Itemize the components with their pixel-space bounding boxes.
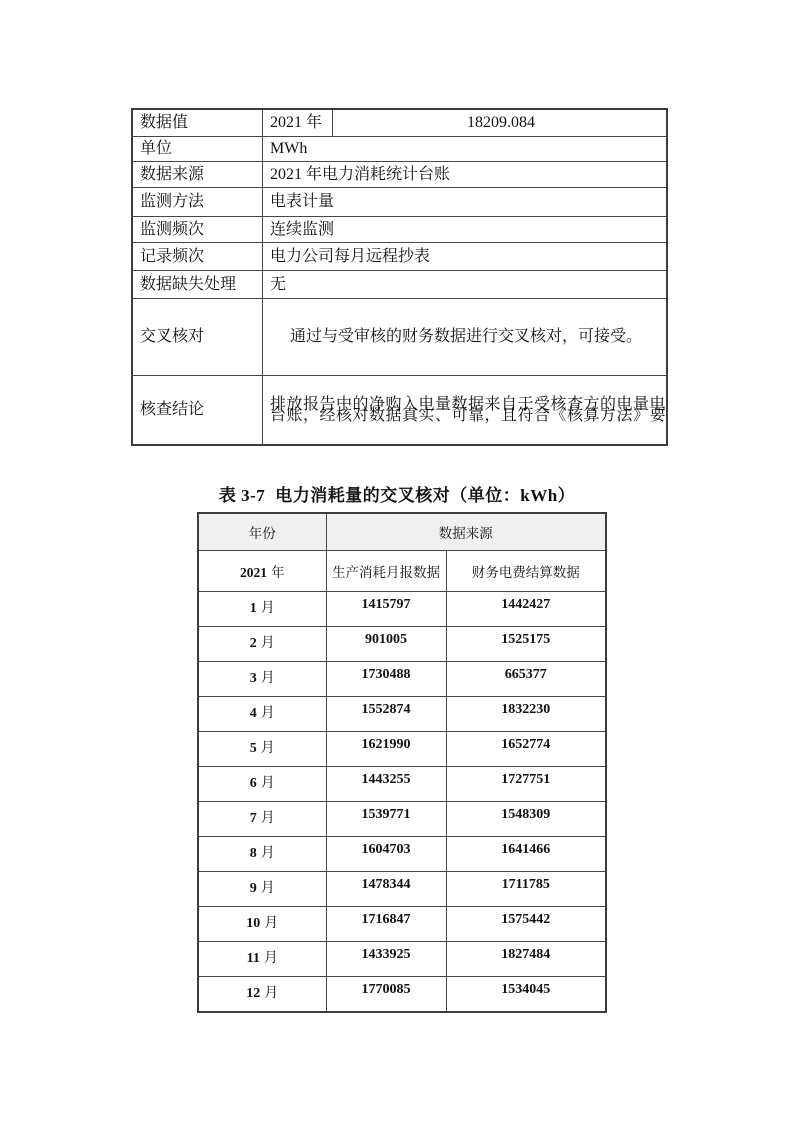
production-value: 1770085 <box>326 977 446 1013</box>
production-value: 1716847 <box>326 907 446 942</box>
table-row: 8月 1604703 1641466 <box>198 837 606 872</box>
month-cell: 11月 <box>198 942 326 977</box>
table-row: 2月 901005 1525175 <box>198 627 606 662</box>
column-header-source-group: 数据来源 <box>326 513 606 551</box>
month-number: 12 <box>246 986 260 1001</box>
finance-value: 1442427 <box>446 592 606 627</box>
finance-value: 665377 <box>446 662 606 697</box>
finance-value: 1641466 <box>446 837 606 872</box>
month-unit: 月 <box>264 916 278 931</box>
column-header-year: 年份 <box>198 513 326 551</box>
month-number: 10 <box>246 916 260 931</box>
row-label: 记录频次 <box>132 243 263 271</box>
table-row: 4月 1552874 1832230 <box>198 697 606 732</box>
finance-value: 1548309 <box>446 802 606 837</box>
month-number: 4 <box>250 706 257 721</box>
table-row: 5月 1621990 1652774 <box>198 732 606 767</box>
month-cell: 5月 <box>198 732 326 767</box>
month-cell: 4月 <box>198 697 326 732</box>
caption-number: 表 3-7 <box>219 486 265 505</box>
month-cell: 9月 <box>198 872 326 907</box>
finance-value: 1827484 <box>446 942 606 977</box>
row-label: 数据值 <box>132 109 263 137</box>
month-cell: 12月 <box>198 977 326 1013</box>
table-row: 监测频次 连续监测 <box>132 217 667 243</box>
production-value: 1604703 <box>326 837 446 872</box>
month-number: 6 <box>250 776 257 791</box>
year-number: 2021 <box>240 565 267 580</box>
month-number: 8 <box>250 846 257 861</box>
cross-check-table: 年份 数据来源 2021年 生产消耗月报数据 财务电费结算数据 1月 14157… <box>197 512 607 1013</box>
table-header-row: 年份 数据来源 <box>198 513 606 551</box>
month-cell: 7月 <box>198 802 326 837</box>
table-row: 记录频次 电力公司每月远程抄表 <box>132 243 667 271</box>
row-label: 数据缺失处理 <box>132 271 263 299</box>
row-label: 单位 <box>132 137 263 162</box>
month-cell: 8月 <box>198 837 326 872</box>
row-label: 核查结论 <box>132 376 263 446</box>
production-value: 1415797 <box>326 592 446 627</box>
caption-title: 电力消耗量的交叉核对（单位：kWh） <box>275 486 575 505</box>
row-value: 2021 年电力消耗统计台账 <box>263 162 668 188</box>
row-label: 监测方法 <box>132 188 263 217</box>
production-value: 1539771 <box>326 802 446 837</box>
month-cell: 6月 <box>198 767 326 802</box>
row-label: 数据来源 <box>132 162 263 188</box>
column-header-finance: 财务电费结算数据 <box>446 551 606 592</box>
table-subheader-row: 2021年 生产消耗月报数据 财务电费结算数据 <box>198 551 606 592</box>
month-unit: 月 <box>264 951 278 966</box>
production-value: 1552874 <box>326 697 446 732</box>
month-number: 7 <box>250 811 257 826</box>
year-unit: 年 <box>271 565 285 580</box>
year-cell: 2021年 <box>198 551 326 592</box>
month-number: 2 <box>250 636 257 651</box>
finance-value: 1652774 <box>446 732 606 767</box>
table-row: 核查结论 排放报告中的净购入电量数据来自于受核查方的电量电费 台账，经核对数据真… <box>132 376 667 446</box>
month-unit: 月 <box>261 776 275 791</box>
table-row: 单位 MWh <box>132 137 667 162</box>
finance-value: 1575442 <box>446 907 606 942</box>
conclusion-line: 台账，经核对数据真实、可靠，且符合《核算方法》要求。 <box>270 410 662 421</box>
row-value: 无 <box>263 271 668 299</box>
table-row: 监测方法 电表计量 <box>132 188 667 217</box>
month-number: 1 <box>250 601 257 616</box>
row-value: MWh <box>263 137 668 162</box>
data-value-cell: 18209.084 <box>333 109 668 137</box>
data-year-cell: 2021 年 <box>263 109 333 137</box>
month-unit: 月 <box>261 811 275 826</box>
finance-value: 1525175 <box>446 627 606 662</box>
month-number: 9 <box>250 881 257 896</box>
month-unit: 月 <box>261 636 275 651</box>
table-row: 数据缺失处理 无 <box>132 271 667 299</box>
row-value: 电表计量 <box>263 188 668 217</box>
table-row: 6月 1443255 1727751 <box>198 767 606 802</box>
table-row: 11月 1433925 1827484 <box>198 942 606 977</box>
table-row: 12月 1770085 1534045 <box>198 977 606 1013</box>
table-row: 数据来源 2021 年电力消耗统计台账 <box>132 162 667 188</box>
table-row: 9月 1478344 1711785 <box>198 872 606 907</box>
row-label: 交叉核对 <box>132 299 263 376</box>
table-row: 7月 1539771 1548309 <box>198 802 606 837</box>
table-caption: 表 3-7电力消耗量的交叉核对（单位：kWh） <box>0 481 794 506</box>
row-label: 监测频次 <box>132 217 263 243</box>
finance-value: 1534045 <box>446 977 606 1013</box>
row-value: 连续监测 <box>263 217 668 243</box>
production-value: 1621990 <box>326 732 446 767</box>
row-value: 排放报告中的净购入电量数据来自于受核查方的电量电费 台账，经核对数据真实、可靠，… <box>263 376 668 446</box>
month-unit: 月 <box>261 741 275 756</box>
month-cell: 10月 <box>198 907 326 942</box>
table-row: 数据值 2021 年 18209.084 <box>132 109 667 137</box>
table-row: 1月 1415797 1442427 <box>198 592 606 627</box>
month-unit: 月 <box>261 881 275 896</box>
table-row: 10月 1716847 1575442 <box>198 907 606 942</box>
month-cell: 3月 <box>198 662 326 697</box>
month-number: 5 <box>250 741 257 756</box>
finance-value: 1711785 <box>446 872 606 907</box>
month-number: 11 <box>247 951 260 966</box>
production-value: 1443255 <box>326 767 446 802</box>
month-cell: 1月 <box>198 592 326 627</box>
month-unit: 月 <box>264 986 278 1001</box>
production-value: 1433925 <box>326 942 446 977</box>
row-value: 电力公司每月远程抄表 <box>263 243 668 271</box>
production-value: 1478344 <box>326 872 446 907</box>
production-value: 901005 <box>326 627 446 662</box>
finance-value: 1727751 <box>446 767 606 802</box>
production-value: 1730488 <box>326 662 446 697</box>
month-unit: 月 <box>261 671 275 686</box>
month-unit: 月 <box>261 601 275 616</box>
finance-value: 1832230 <box>446 697 606 732</box>
month-unit: 月 <box>261 846 275 861</box>
document-page: { "colors": { "page_bg": "#ffffff", "tab… <box>0 0 794 1123</box>
month-cell: 2月 <box>198 627 326 662</box>
column-header-production: 生产消耗月报数据 <box>326 551 446 592</box>
monitoring-info-table: 数据值 2021 年 18209.084 单位 MWh 数据来源 2021 年电… <box>131 108 668 446</box>
table-row: 交叉核对 通过与受审核的财务数据进行交叉核对，可接受。 <box>132 299 667 376</box>
table-row: 3月 1730488 665377 <box>198 662 606 697</box>
row-value: 通过与受审核的财务数据进行交叉核对，可接受。 <box>263 299 668 376</box>
month-number: 3 <box>250 671 257 686</box>
month-unit: 月 <box>261 706 275 721</box>
